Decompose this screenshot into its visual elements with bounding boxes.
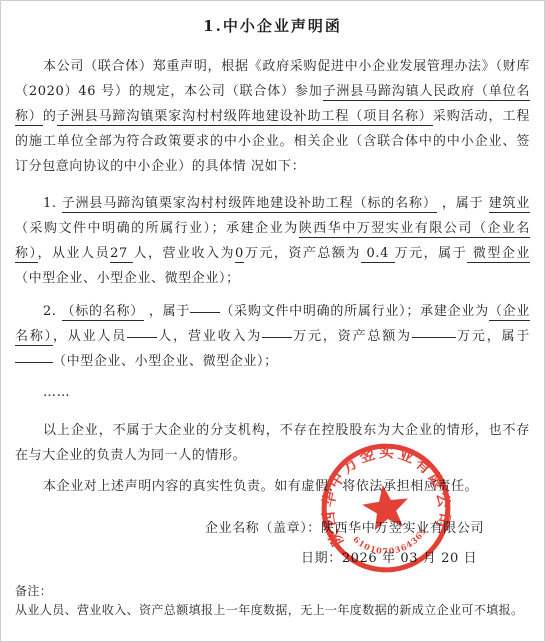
- date-line: 日期：2026 年 03 月 20 日: [15, 546, 530, 571]
- item-1-paragraph: 1. 子洲县马蹄沟镇栗家沟村村级阵地建设补助工程（标的名称） ，属于 建筑业（采…: [15, 191, 530, 291]
- no-big-enterprise-paragraph: 以上企业，不属于大企业的分支机构，不存在控股股东为大企业的情形，也不存在与大企业…: [15, 418, 530, 468]
- notes-block: 备注： 从业人员、营业收入、资产总额填报上一年度数据，无上一年度数据的新成立企业…: [15, 582, 530, 620]
- notes-label: 备注：: [15, 582, 530, 601]
- responsibility-paragraph: 本企业对上述声明内容的真实性负责。如有虚假，将依法承担相应责任。: [15, 474, 530, 499]
- ellipsis-line: ……: [15, 380, 530, 405]
- declaration-paragraph: 本公司（联合体）郑重声明，根据《政府采购促进中小企业发展管理办法》（财库（202…: [15, 54, 530, 179]
- date-label: 日期：: [301, 551, 342, 566]
- item-2-paragraph: 2. （标的名称） ，属于 （采购文件中明确的所属行业）；承建企业为（企业名称）…: [15, 299, 530, 374]
- notes-text: 从业人员、营业收入、资产总额填报上一年度数据，无上一年度数据的新成立企业可不填报…: [15, 603, 523, 617]
- company-name-value: 陕西华中万翌实业有限公司: [321, 521, 484, 536]
- date-value: 2026 年 03 月 20 日: [342, 551, 477, 566]
- company-seal-label: 企业名称（盖章）：: [205, 521, 321, 536]
- declaration-document-page: 1.中小企业声明函 本公司（联合体）郑重声明，根据《政府采购促进中小企业发展管理…: [0, 0, 545, 642]
- document-title: 1.中小企业声明函: [15, 15, 530, 39]
- company-name-line: 企业名称（盖章）：陕西华中万翌实业有限公司: [15, 516, 530, 541]
